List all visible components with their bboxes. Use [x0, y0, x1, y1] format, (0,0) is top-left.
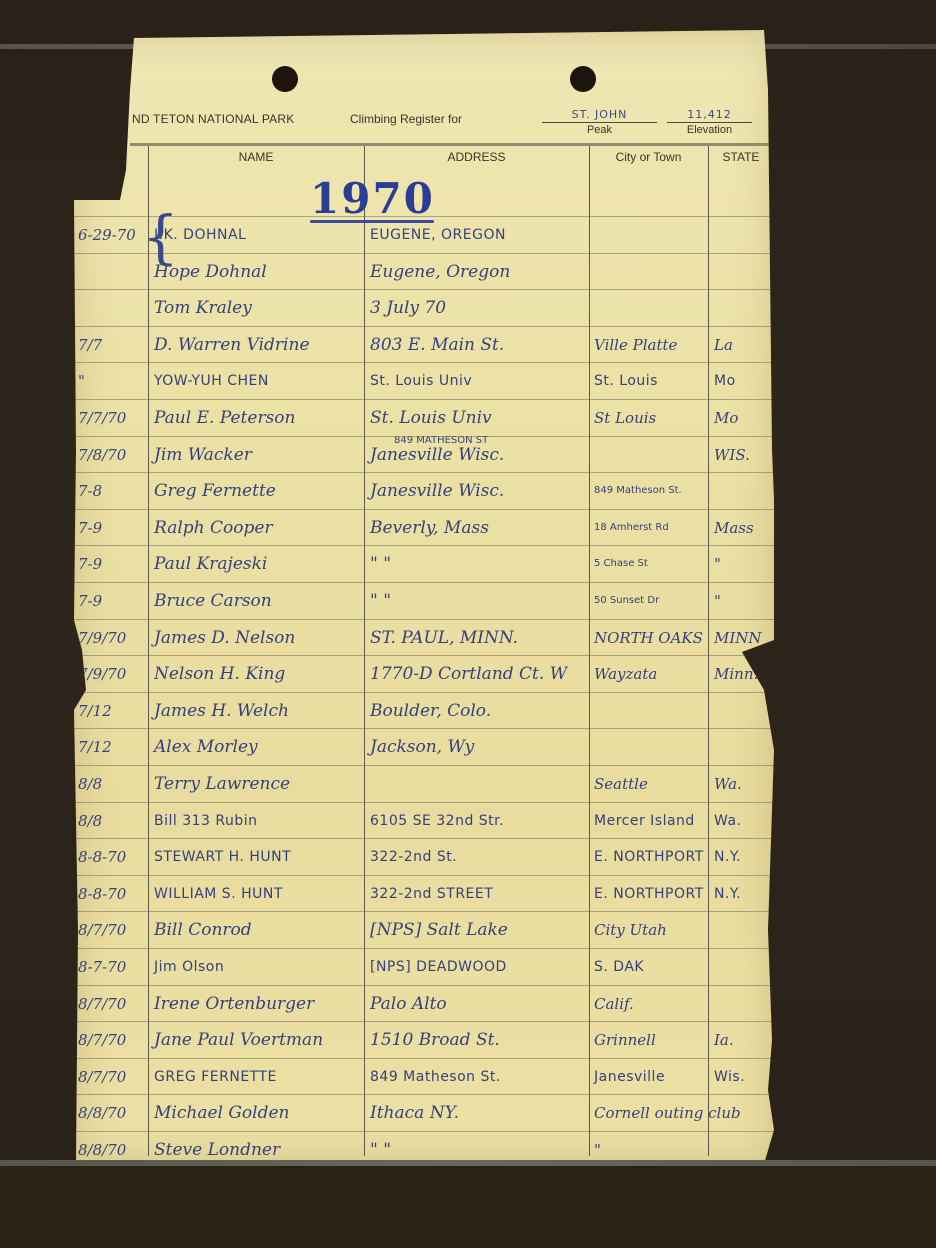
- ruling-line: [74, 911, 774, 912]
- ruling-line: [74, 985, 774, 986]
- table-row: 7/9/70James D. NelsonST. PAUL, MINN.NORT…: [74, 621, 774, 655]
- entry-name: Paul Krajeski: [154, 547, 364, 581]
- column-header-city: City or Town: [589, 150, 708, 164]
- entry-address-note: 849 MATHESON ST: [394, 424, 488, 458]
- entry-city: City Utah: [594, 913, 708, 947]
- ruling-line: [74, 692, 774, 693]
- entry-city: Mercer Island: [594, 804, 708, 838]
- entry-address: " ": [370, 584, 590, 618]
- entry-address: 3 July 70: [370, 291, 590, 325]
- entry-name: Bill Conrod: [154, 913, 364, 947]
- entry-date: 7/9/70: [78, 657, 148, 691]
- ruling-line: [74, 362, 774, 363]
- entry-name: J.K. DOHNAL: [154, 218, 364, 252]
- entry-name: Paul E. Peterson: [154, 401, 364, 435]
- entry-date: 7/7: [78, 328, 148, 362]
- entry-city: Janesville: [594, 1060, 708, 1094]
- entry-address: Eugene, Oregon: [370, 255, 590, 289]
- ruling-line: [74, 289, 774, 290]
- column-header-state: STATE: [708, 150, 774, 164]
- entry-address: Jackson, Wy: [370, 730, 590, 764]
- entry-state: MINN: [714, 621, 772, 655]
- entry-address: 1770-D Cortland Ct. W: [370, 657, 590, 691]
- table-row: 7/9/70Nelson H. King1770-D Cortland Ct. …: [74, 657, 774, 691]
- entry-state: WIS.: [714, 438, 772, 472]
- entry-name: YOW-YUH CHEN: [154, 364, 364, 398]
- entry-address: " ": [370, 547, 590, 581]
- entry-address: ST. PAUL, MINN.: [370, 621, 590, 655]
- register-table: NAME ADDRESS City or Town STATE 1970 6-2…: [74, 146, 774, 1156]
- table-row: 8-7-70Jim Olson[NPS] DEADWOODS. DAK: [74, 950, 774, 984]
- table-row: 7/12Alex MorleyJackson, Wy: [74, 730, 774, 764]
- entry-name: Jane Paul Voertman: [154, 1023, 364, 1057]
- entry-date: 7-9: [78, 511, 148, 545]
- entry-address: 6105 SE 32nd Str.: [370, 804, 590, 838]
- entry-name: Bill 313 Rubin: [154, 804, 364, 838]
- column-header-name: NAME: [148, 150, 364, 164]
- entry-city: S. DAK: [594, 950, 708, 984]
- ruling-line: [74, 582, 774, 583]
- entry-date: 7-8: [78, 474, 148, 508]
- register-label: Climbing Register for: [350, 112, 462, 126]
- ruling-line: [74, 1058, 774, 1059]
- table-row: 7/7D. Warren Vidrine803 E. Main St.Ville…: [74, 328, 774, 362]
- table-row: Tom Kraley3 July 70: [74, 291, 774, 325]
- entry-name: Bruce Carson: [154, 584, 364, 618]
- ruling-line: [74, 399, 774, 400]
- entry-date: 8-8-70: [78, 840, 148, 874]
- entry-state: Ia.: [714, 1023, 772, 1057]
- ruling-line: [74, 472, 774, 473]
- entry-address: 322-2nd St.: [370, 840, 590, 874]
- entry-city: 18 Amherst Rd: [594, 511, 708, 545]
- elevation-caption: Elevation: [667, 124, 752, 136]
- peak-field: ST. JOHN Peak: [542, 108, 657, 136]
- ruling-line: [74, 436, 774, 437]
- entry-address: [NPS] Salt Lake: [370, 913, 590, 947]
- entry-name: GREG FERNETTE: [154, 1060, 364, 1094]
- park-title: ND TETON NATIONAL PARK: [132, 112, 294, 126]
- entry-city: NORTH OAKS: [594, 621, 708, 655]
- ruling-line: [74, 253, 774, 254]
- entry-city: St Louis: [594, 401, 708, 435]
- entry-address: 803 E. Main St.: [370, 328, 590, 362]
- entry-city: 849 Matheson St.: [594, 474, 708, 508]
- entry-state: ": [714, 584, 772, 618]
- entry-date: 8/7/70: [78, 987, 148, 1021]
- table-row: 7-8Greg FernetteJanesville Wisc.849 Math…: [74, 474, 774, 508]
- entry-state: Mass: [714, 511, 772, 545]
- entry-address: Boulder, Colo.: [370, 694, 590, 728]
- ruling-line: [74, 765, 774, 766]
- ruling-line: [74, 948, 774, 949]
- entry-address: Ithaca NY.: [370, 1096, 590, 1130]
- entry-date: 7/8/70: [78, 438, 148, 472]
- entry-name: Greg Fernette: [154, 474, 364, 508]
- ruling-line: [74, 326, 774, 327]
- entry-date: 8/7/70: [78, 1023, 148, 1057]
- entry-city: 5 Chase St: [594, 547, 708, 581]
- ruling-line: [74, 875, 774, 876]
- entry-date: 7/9/70: [78, 621, 148, 655]
- entry-city: Grinnell: [594, 1023, 708, 1057]
- entry-name: Terry Lawrence: [154, 767, 364, 801]
- entry-name: Tom Kraley: [154, 291, 364, 325]
- climbing-register-sheet: ND TETON NATIONAL PARK Climbing Register…: [74, 30, 774, 1164]
- entry-state: Minn.: [714, 657, 772, 691]
- entry-state: N.Y.: [714, 840, 772, 874]
- table-row: 8/8Bill 313 Rubin6105 SE 32nd Str.Mercer…: [74, 804, 774, 838]
- entry-date: 8/7/70: [78, 913, 148, 947]
- entry-state: La: [714, 328, 772, 362]
- table-row: 8/8/70Michael GoldenIthaca NY.Cornell ou…: [74, 1096, 774, 1130]
- entry-address: Janesville Wisc.: [370, 474, 590, 508]
- ruling-line: [74, 802, 774, 803]
- table-row: 8-8-70WILLIAM S. HUNT322-2nd STREETE. NO…: [74, 877, 774, 911]
- entry-name: Jim Wacker: [154, 438, 364, 472]
- ruling-line: [74, 1131, 774, 1132]
- entry-address: [NPS] DEADWOOD: [370, 950, 590, 984]
- entry-date: 8-7-70: [78, 950, 148, 984]
- elevation-value: 11,412: [667, 108, 752, 123]
- entry-address: St. Louis Univ: [370, 364, 590, 398]
- entry-address: Palo Alto: [370, 987, 590, 1021]
- ruling-line: [74, 838, 774, 839]
- entry-address: 849 Matheson St.: [370, 1060, 590, 1094]
- entry-city: Wayzata: [594, 657, 708, 691]
- table-row: 8/7/70GREG FERNETTE849 Matheson St.Janes…: [74, 1060, 774, 1094]
- entry-city: Seattle: [594, 767, 708, 801]
- register-header: ND TETON NATIONAL PARK Climbing Register…: [132, 108, 772, 148]
- entry-city: 50 Sunset Dr: [594, 584, 708, 618]
- ruling-line: [74, 619, 774, 620]
- entry-name: Alex Morley: [154, 730, 364, 764]
- entry-date: 8/7/70: [78, 1060, 148, 1094]
- table-row: 7/12James H. WelchBoulder, Colo.: [74, 694, 774, 728]
- entry-name: D. Warren Vidrine: [154, 328, 364, 362]
- table-row: 8-8-70STEWART H. HUNT322-2nd St.E. NORTH…: [74, 840, 774, 874]
- column-header-address: ADDRESS: [364, 150, 589, 164]
- entry-name: Nelson H. King: [154, 657, 364, 691]
- ruling-line: [74, 509, 774, 510]
- entry-name: Hope Dohnal: [154, 255, 364, 289]
- entry-date: 8/8: [78, 767, 148, 801]
- entry-state: Wis.: [714, 1060, 772, 1094]
- backdrop-shelf: [0, 1166, 936, 1248]
- entry-address: 1510 Broad St.: [370, 1023, 590, 1057]
- entry-date: 7/12: [78, 730, 148, 764]
- binder-hole-left: [272, 66, 298, 92]
- entry-state: ": [714, 547, 772, 581]
- entry-city: Calif.: [594, 987, 708, 1021]
- entry-city: Ville Platte: [594, 328, 708, 362]
- ruling-line: [74, 728, 774, 729]
- entry-date: 7-9: [78, 547, 148, 581]
- entry-address: EUGENE, OREGON: [370, 218, 590, 252]
- table-row: 7-9Bruce Carson" "50 Sunset Dr": [74, 584, 774, 618]
- entry-name: WILLIAM S. HUNT: [154, 877, 364, 911]
- brace-mark: {: [142, 208, 179, 266]
- ruling-line: [74, 216, 774, 217]
- ruling-line: [74, 1021, 774, 1022]
- ruling-line: [74, 1094, 774, 1095]
- table-row: 7/8/70Jim WackerJanesville Wisc.WIS.849 …: [74, 438, 774, 472]
- entry-city: E. NORTHPORT: [594, 840, 708, 874]
- ruling-line: [74, 655, 774, 656]
- entry-date: 8-8-70: [78, 877, 148, 911]
- entry-city: St. Louis: [594, 364, 708, 398]
- table-row: 7-9Ralph CooperBeverly, Mass18 Amherst R…: [74, 511, 774, 545]
- entry-name: Michael Golden: [154, 1096, 364, 1130]
- entry-address: Beverly, Mass: [370, 511, 590, 545]
- entry-state: Mo: [714, 401, 772, 435]
- table-row: "YOW-YUH CHENSt. Louis UnivSt. LouisMo: [74, 364, 774, 398]
- entry-state: Wa.: [714, 804, 772, 838]
- entry-name: Jim Olson: [154, 950, 364, 984]
- table-row: J.K. DOHNALEUGENE, OREGON: [74, 218, 774, 252]
- table-row: 8/8Terry LawrenceSeattleWa.: [74, 767, 774, 801]
- entry-date: 8/8: [78, 804, 148, 838]
- entry-date: 7/12: [78, 694, 148, 728]
- binder-hole-right: [570, 66, 596, 92]
- entry-date: 7/7/70: [78, 401, 148, 435]
- table-row: Hope DohnalEugene, Oregon: [74, 255, 774, 289]
- table-row: 8/7/70Irene OrtenburgerPalo AltoCalif.: [74, 987, 774, 1021]
- entry-name: James D. Nelson: [154, 621, 364, 655]
- table-row: 8/7/70Bill Conrod[NPS] Salt LakeCity Uta…: [74, 913, 774, 947]
- entry-city: Cornell outing club: [594, 1096, 708, 1130]
- peak-value: ST. JOHN: [542, 108, 657, 123]
- elevation-field: 11,412 Elevation: [667, 108, 752, 136]
- peak-caption: Peak: [542, 124, 657, 136]
- entry-name: James H. Welch: [154, 694, 364, 728]
- entry-state: N.Y.: [714, 877, 772, 911]
- entry-state: Mo: [714, 364, 772, 398]
- table-row: 8/7/70Jane Paul Voertman1510 Broad St.Gr…: [74, 1023, 774, 1057]
- entry-date: 7-9: [78, 584, 148, 618]
- ruling-line: [74, 545, 774, 546]
- entry-date: ": [78, 364, 148, 398]
- entry-name: STEWART H. HUNT: [154, 840, 364, 874]
- table-row: 7-9Paul Krajeski" "5 Chase St": [74, 547, 774, 581]
- entry-address: 322-2nd STREET: [370, 877, 590, 911]
- entry-name: Irene Ortenburger: [154, 987, 364, 1021]
- entry-city: E. NORTHPORT: [594, 877, 708, 911]
- entry-name: Ralph Cooper: [154, 511, 364, 545]
- entry-date: 8/8/70: [78, 1096, 148, 1130]
- entry-state: Wa.: [714, 767, 772, 801]
